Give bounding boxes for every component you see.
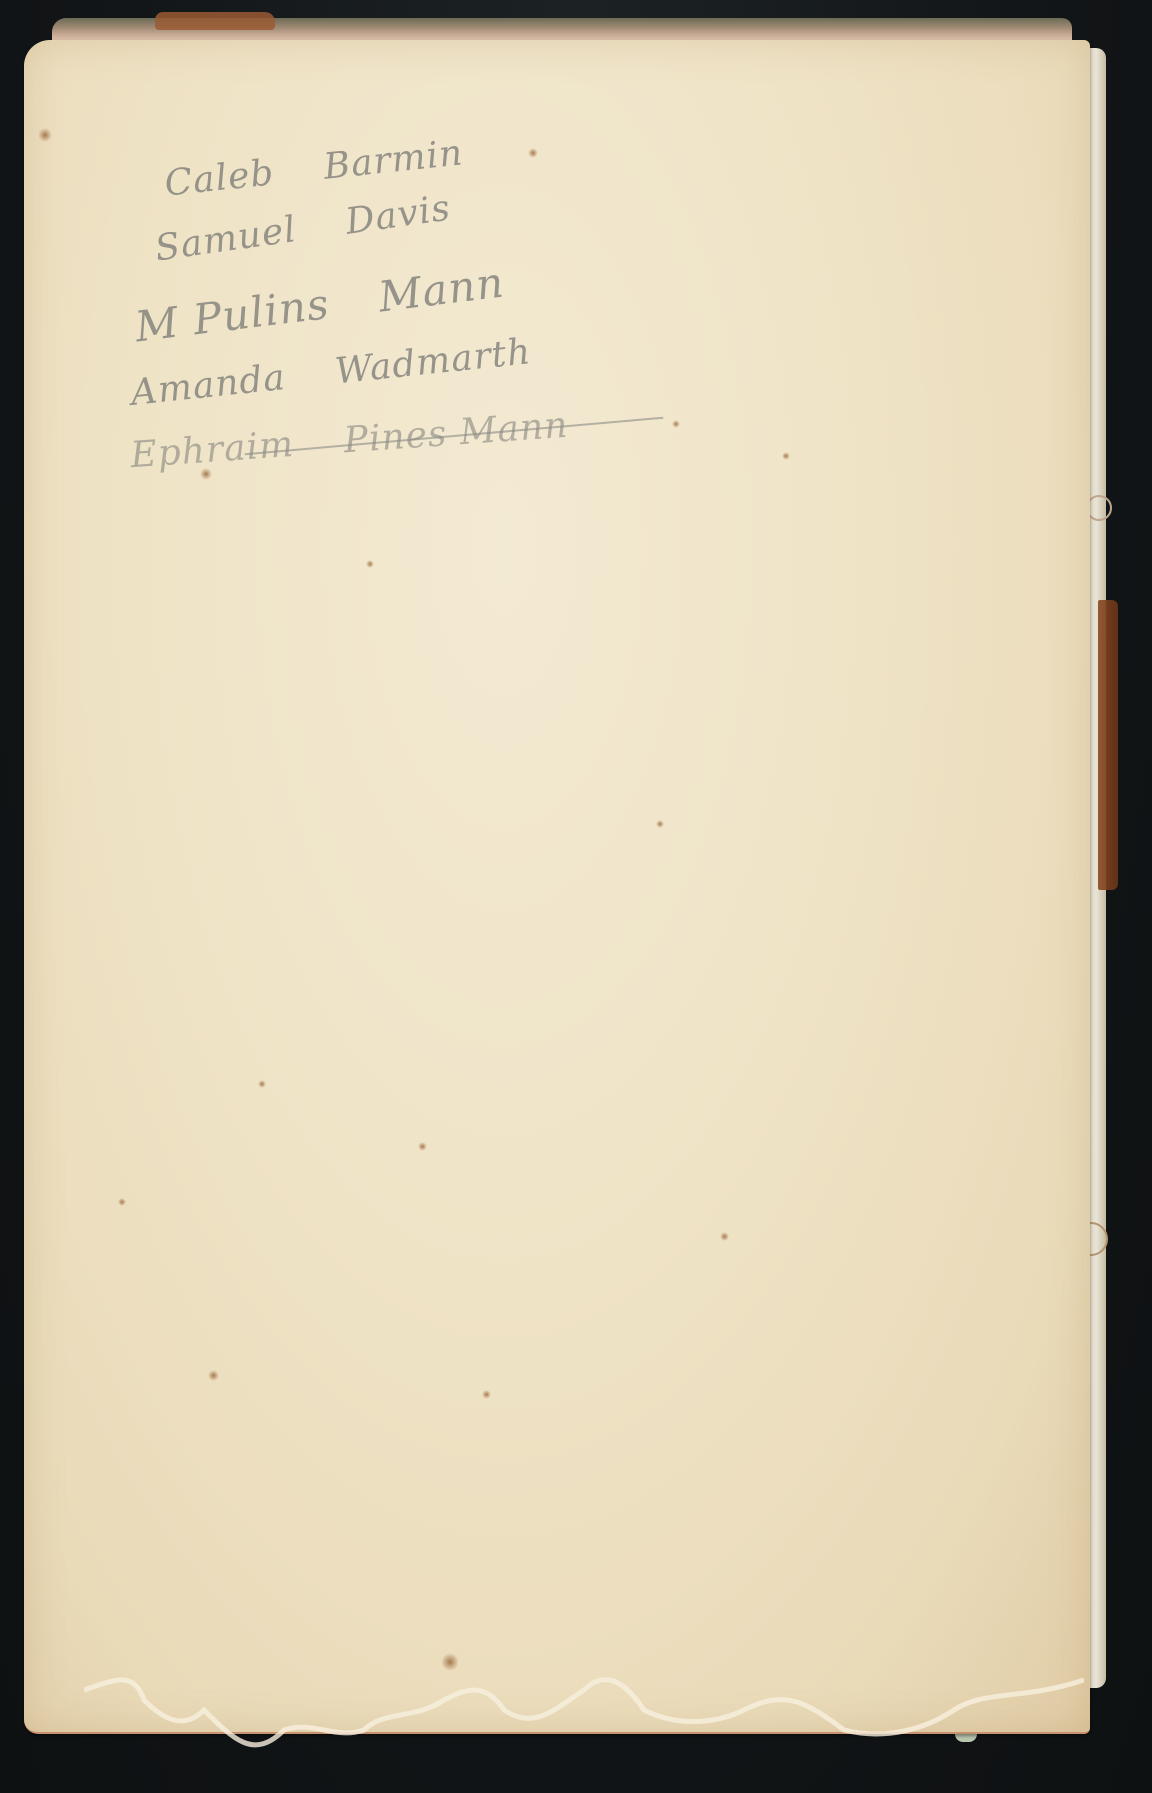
foxing-spot [366,560,374,568]
handwritten-names-list: Caleb Barmin Samuel Davis M Pulins Mann … [124,130,764,490]
cover-stain [155,12,275,30]
first-name: Amanda [129,357,288,414]
first-name: Caleb [163,152,277,204]
foxing-spot [118,1198,126,1206]
handwritten-name: M Pulins Mann [132,258,507,352]
last-name: Wadmarth [333,331,533,392]
foxing-spot [720,1232,729,1241]
foxing-spot [208,1370,219,1381]
foxing-spot [442,1652,458,1672]
foxing-spot [782,452,790,460]
first-name: Samuel [153,209,300,269]
handwritten-name-struck: Ephraim Pines Mann [129,405,569,477]
foxing-spot [656,820,664,828]
foxing-spot [418,1142,427,1151]
first-name: M Pulins [132,279,332,351]
foxing-spot [258,1080,266,1088]
book-page: Caleb Barmin Samuel Davis M Pulins Mann … [24,40,1090,1734]
foxing-spot [38,128,52,142]
last-name: Davis [343,187,453,242]
last-name: Barmin [322,132,465,187]
torn-spine-binding [1098,600,1118,890]
last-name: Pines Mann [342,405,569,462]
last-name: Mann [376,258,507,322]
foxing-spot [482,1390,491,1399]
